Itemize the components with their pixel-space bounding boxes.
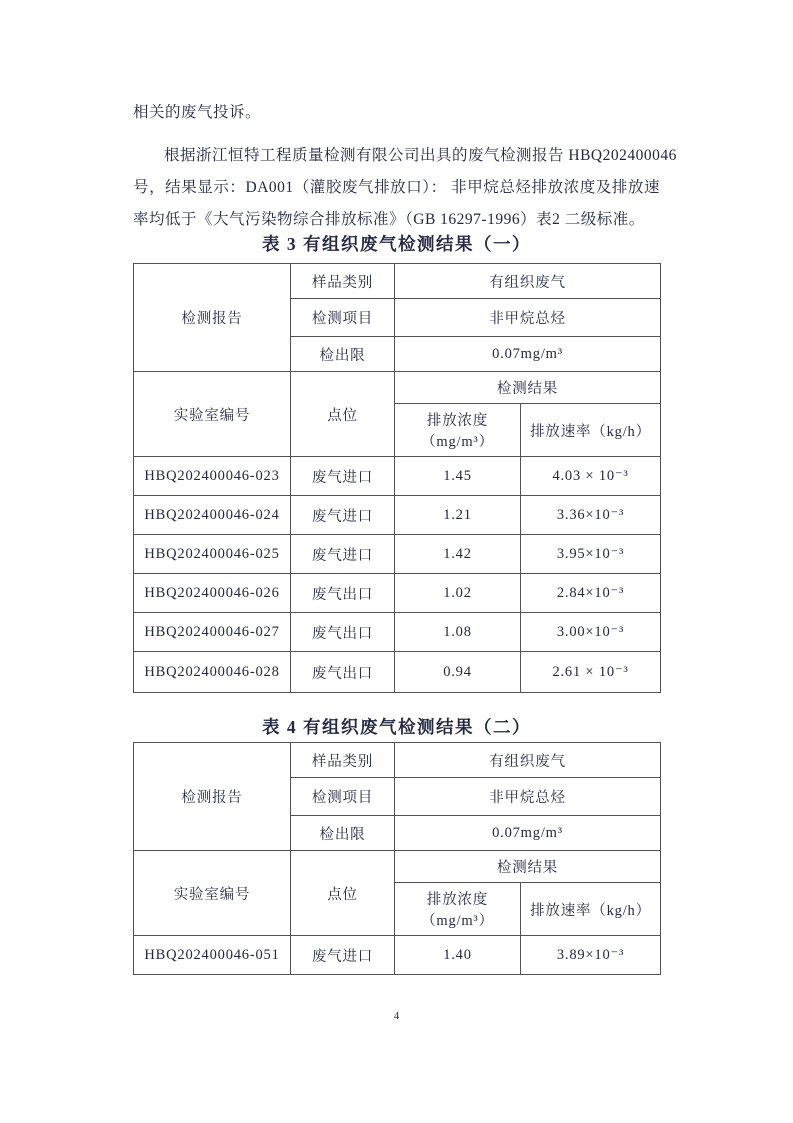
- item-label-cell: 检测项目: [291, 778, 395, 816]
- concentration-cell: 0.94: [395, 652, 521, 693]
- page-number: 4: [0, 1010, 793, 1022]
- lab-id-header-cell: 实验室编号: [134, 372, 291, 457]
- point-header-cell: 点位: [291, 851, 395, 936]
- concentration-header-cell: 排放浓度（mg/m³）: [395, 883, 521, 936]
- table-row: HBQ202400046-025 废气进口 1.42 3.95×10⁻³: [134, 535, 661, 574]
- rate-cell: 3.36×10⁻³: [521, 496, 661, 535]
- rate-cell: 2.84×10⁻³: [521, 574, 661, 613]
- sample-type-label-cell: 样品类别: [291, 743, 395, 778]
- rate-cell: 3.95×10⁻³: [521, 535, 661, 574]
- point-cell: 废气出口: [291, 652, 395, 693]
- lab-id-cell: HBQ202400046-028: [134, 652, 291, 693]
- table3-caption: 表 3 有组织废气检测结果（一）: [133, 232, 660, 256]
- item-value-cell: 非甲烷总烃: [395, 778, 661, 816]
- point-cell: 废气进口: [291, 936, 395, 975]
- table-row: HBQ202400046-027 废气出口 1.08 3.00×10⁻³: [134, 613, 661, 652]
- table3-organized-waste-gas-results-1: 检测报告 样品类别 有组织废气 检测项目 非甲烷总烃 检出限 0.07mg/m³…: [133, 263, 661, 693]
- rate-cell: 2.61 × 10⁻³: [521, 652, 661, 693]
- paragraph-report-line: 号，结果显示：DA001（灌胶废气排放口）： 非甲烷总烃排放浓度及排放速: [133, 172, 660, 204]
- lab-id-cell: HBQ202400046-023: [134, 457, 291, 496]
- document-page: 相关的废气投诉。 根据浙江恒特工程质量检测有限公司出具的废气检测报告 HBQ20…: [0, 0, 793, 1123]
- lab-id-cell: HBQ202400046-027: [134, 613, 291, 652]
- detection-limit-label-cell: 检出限: [291, 337, 395, 372]
- rate-header-cell: 排放速率（kg/h）: [521, 883, 661, 936]
- table4-caption: 表 4 有组织废气检测结果（二）: [133, 715, 660, 739]
- sample-type-value-cell: 有组织废气: [395, 743, 661, 778]
- paragraph-report: 根据浙江恒特工程质量检测有限公司出具的废气检测报告 HBQ202400046 号…: [133, 140, 660, 236]
- rate-cell: 3.89×10⁻³: [521, 936, 661, 975]
- concentration-cell: 1.08: [395, 613, 521, 652]
- table-row: HBQ202400046-028 废气出口 0.94 2.61 × 10⁻³: [134, 652, 661, 693]
- concentration-cell: 1.45: [395, 457, 521, 496]
- result-header-cell: 检测结果: [395, 372, 661, 404]
- concentration-header-cell: 排放浓度（mg/m³）: [395, 404, 521, 457]
- lab-id-cell: HBQ202400046-025: [134, 535, 291, 574]
- report-label-cell: 检测报告: [134, 264, 291, 372]
- point-cell: 废气进口: [291, 535, 395, 574]
- table4-organized-waste-gas-results-2: 检测报告 样品类别 有组织废气 检测项目 非甲烷总烃 检出限 0.07mg/m³…: [133, 742, 661, 975]
- table-row: HBQ202400046-026 废气出口 1.02 2.84×10⁻³: [134, 574, 661, 613]
- concentration-cell: 1.21: [395, 496, 521, 535]
- table-row: HBQ202400046-051 废气进口 1.40 3.89×10⁻³: [134, 936, 661, 975]
- table-row: HBQ202400046-024 废气进口 1.21 3.36×10⁻³: [134, 496, 661, 535]
- detection-limit-value-cell: 0.07mg/m³: [395, 337, 661, 372]
- detection-limit-value-cell: 0.07mg/m³: [395, 816, 661, 851]
- sample-type-value-cell: 有组织废气: [395, 264, 661, 299]
- concentration-cell: 1.40: [395, 936, 521, 975]
- rate-cell: 3.00×10⁻³: [521, 613, 661, 652]
- paragraph-report-line: 根据浙江恒特工程质量检测有限公司出具的废气检测报告 HBQ202400046: [133, 140, 660, 172]
- lab-id-header-cell: 实验室编号: [134, 851, 291, 936]
- rate-header-cell: 排放速率（kg/h）: [521, 404, 661, 457]
- concentration-cell: 1.42: [395, 535, 521, 574]
- item-value-cell: 非甲烷总烃: [395, 299, 661, 337]
- paragraph-intro: 相关的废气投诉。: [133, 102, 660, 124]
- item-label-cell: 检测项目: [291, 299, 395, 337]
- point-header-cell: 点位: [291, 372, 395, 457]
- point-cell: 废气进口: [291, 457, 395, 496]
- sample-type-label-cell: 样品类别: [291, 264, 395, 299]
- lab-id-cell: HBQ202400046-024: [134, 496, 291, 535]
- result-header-cell: 检测结果: [395, 851, 661, 883]
- report-label-cell: 检测报告: [134, 743, 291, 851]
- table-row: HBQ202400046-023 废气进口 1.45 4.03 × 10⁻³: [134, 457, 661, 496]
- point-cell: 废气出口: [291, 574, 395, 613]
- lab-id-cell: HBQ202400046-051: [134, 936, 291, 975]
- point-cell: 废气出口: [291, 613, 395, 652]
- point-cell: 废气进口: [291, 496, 395, 535]
- rate-cell: 4.03 × 10⁻³: [521, 457, 661, 496]
- lab-id-cell: HBQ202400046-026: [134, 574, 291, 613]
- detection-limit-label-cell: 检出限: [291, 816, 395, 851]
- concentration-cell: 1.02: [395, 574, 521, 613]
